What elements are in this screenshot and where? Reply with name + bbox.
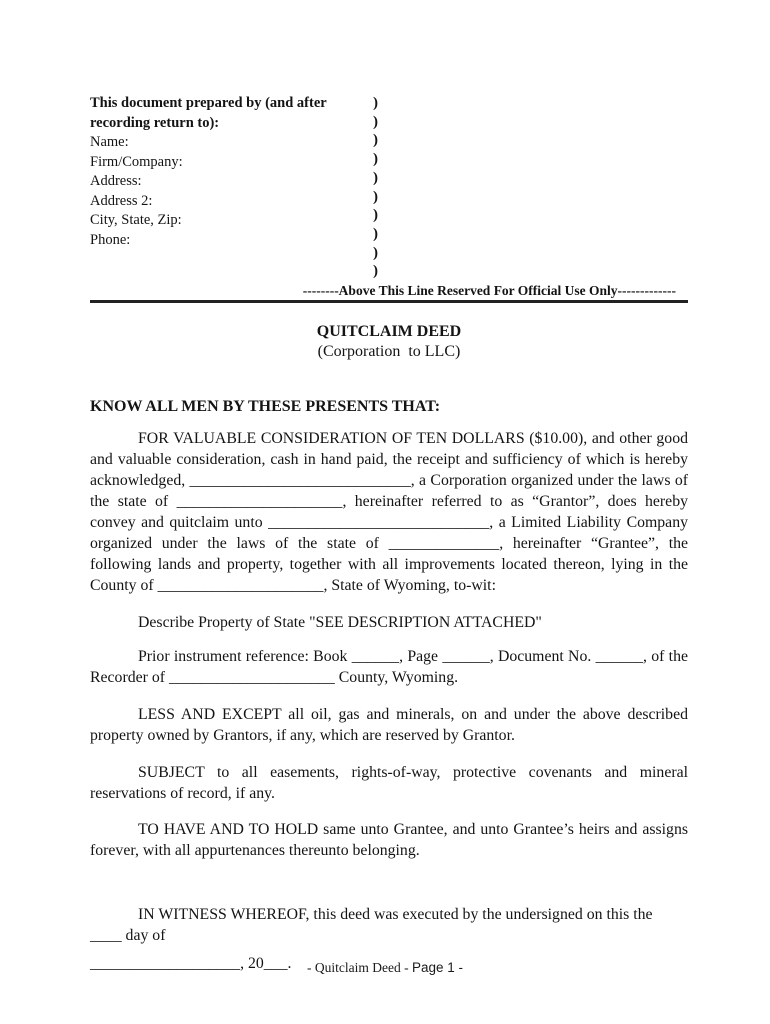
paragraph-prior-instrument: Prior instrument reference: Book ______,… — [90, 646, 688, 688]
prepared-by-heading: This document prepared by (and after rec… — [90, 94, 382, 133]
paren-mark: ) — [373, 262, 378, 281]
document-subtitle: (Corporation to LLC) — [90, 342, 688, 362]
paren-mark: ) — [373, 113, 378, 132]
paren-mark: ) — [373, 94, 378, 113]
paragraph-subject-to: SUBJECT to all easements, rights-of-way,… — [90, 762, 688, 804]
paragraph-consideration: FOR VALUABLE CONSIDERATION OF TEN DOLLAR… — [90, 428, 688, 596]
paren-mark: ) — [373, 244, 378, 263]
paren-mark: ) — [373, 131, 378, 150]
document-page: This document prepared by (and after rec… — [0, 0, 770, 1024]
footer-doc-label: - Quitclaim Deed - — [307, 960, 412, 975]
paren-mark: ) — [373, 225, 378, 244]
field-label-address-2: Address 2: — [90, 192, 382, 212]
paren-mark: ) — [373, 188, 378, 207]
official-use-divider: --------Above This Line Reserved For Off… — [90, 282, 688, 303]
field-label-name: Name: — [90, 133, 382, 153]
field-label-phone: Phone: — [90, 231, 382, 251]
paren-mark: ) — [373, 206, 378, 225]
document-content: This document prepared by (and after rec… — [0, 0, 770, 974]
paren-mark: ) — [373, 150, 378, 169]
recording-stamp-parens: ) ) ) ) ) ) ) ) ) ) — [373, 94, 378, 281]
field-label-firm-company: Firm/Company: — [90, 153, 382, 173]
paren-mark: ) — [373, 169, 378, 188]
paragraph-describe-property: Describe Property of State "SEE DESCRIPT… — [90, 612, 688, 633]
paragraph-less-and-except: LESS AND EXCEPT all oil, gas and mineral… — [90, 704, 688, 746]
witness-line-1: IN WITNESS WHEREOF, this deed was execut… — [90, 906, 653, 944]
page-footer: - Quitclaim Deed - Page 1 - — [0, 960, 770, 976]
prepared-by-section: This document prepared by (and after rec… — [90, 94, 688, 280]
field-label-address: Address: — [90, 172, 382, 192]
official-use-divider-label: --------Above This Line Reserved For Off… — [90, 282, 688, 299]
know-all-men-heading: KNOW ALL MEN BY THESE PRESENTS THAT: — [90, 397, 688, 417]
prepared-by-block: This document prepared by (and after rec… — [90, 94, 382, 250]
document-title: QUITCLAIM DEED — [90, 322, 688, 342]
footer-page-number: Page 1 - — [412, 960, 463, 975]
field-label-city-state-zip: City, State, Zip: — [90, 211, 382, 231]
paragraph-to-have-and-hold: TO HAVE AND TO HOLD same unto Grantee, a… — [90, 819, 688, 861]
title-block: QUITCLAIM DEED (Corporation to LLC) — [90, 322, 688, 362]
